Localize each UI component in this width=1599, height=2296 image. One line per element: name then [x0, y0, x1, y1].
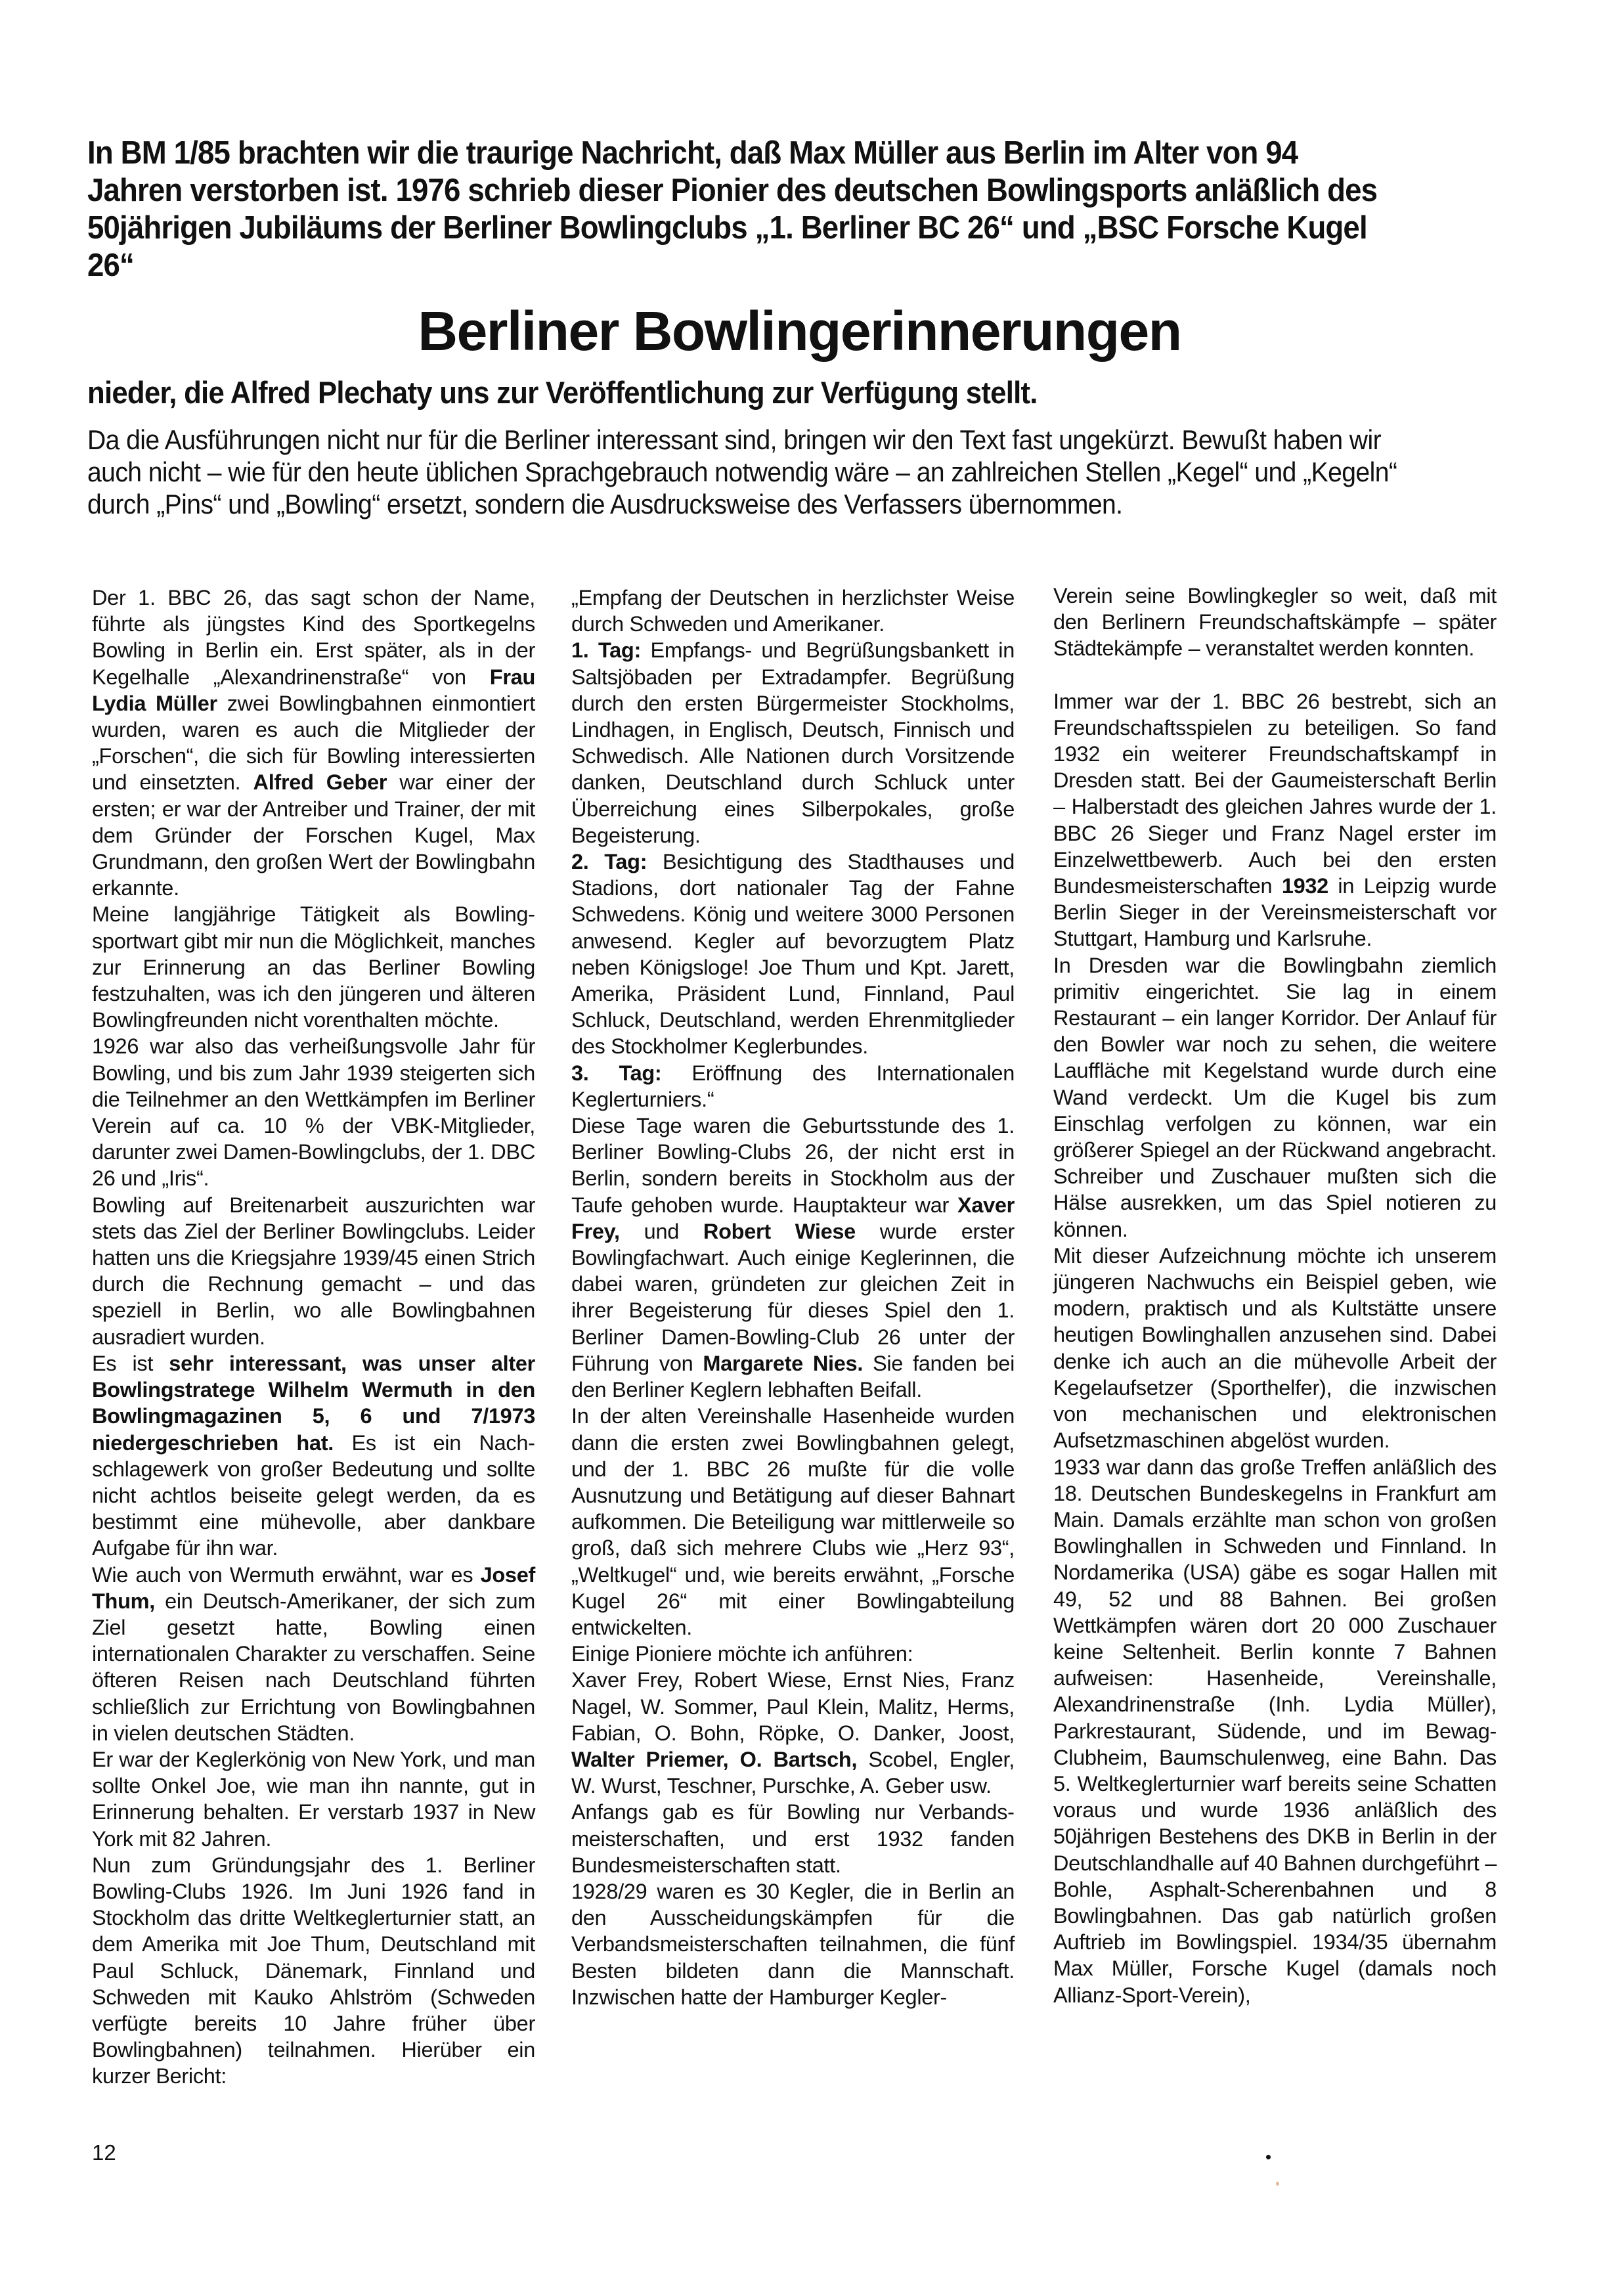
paragraph: Anfangs gab es für Bowling nur Verbands­… — [571, 1799, 1015, 1878]
paragraph: Einige Pioniere möchte ich anführen: — [571, 1641, 1015, 1667]
bold-emphasis: Alfred Geber — [253, 770, 387, 794]
paragraph: 1928/29 waren es 30 Kegler, die in Berli… — [571, 1878, 1015, 2010]
paragraph: Bowling auf Breitenarbeit auszurichten w… — [92, 1192, 535, 1350]
bold-emphasis: Frau Lydia Müller — [92, 665, 535, 715]
paragraph: Es ist sehr interessant, was unser alter… — [92, 1350, 535, 1562]
text-column-3: Verein seine Bowlingkegler so weit, daß … — [1053, 583, 1497, 2008]
bold-emphasis: 1932 — [1282, 874, 1328, 898]
paragraph-spacer — [1053, 662, 1497, 688]
bold-emphasis: Walter Priemer, O. Bartsch, — [571, 1748, 857, 1771]
paragraph: 1. Tag: Empfangs- und Begrüßungsban­kett… — [571, 637, 1015, 849]
editorial-lead: Da die Ausführungen nicht nur für die Be… — [87, 424, 1418, 520]
paragraph: Immer war der 1. BBC 26 bestrebt, sich a… — [1053, 688, 1497, 952]
paragraph: Xaver Frey, Robert Wiese, Ernst Nies, Fr… — [571, 1667, 1015, 1799]
paragraph: „Empfang der Deutschen in herzlichster W… — [571, 585, 1015, 637]
paragraph: Nun zum Gründungsjahr des 1. Berliner Bo… — [92, 1852, 535, 2090]
paragraph: In der alten Vereinshalle Hasenheide wur… — [571, 1403, 1015, 1641]
paragraph: Diese Tage waren die Geburtsstunde des 1… — [571, 1113, 1015, 1403]
paragraph: In Dresden war die Bowlingbahn ziemlich … — [1053, 952, 1497, 1243]
bold-emphasis: Mar­garete Nies. — [703, 1352, 863, 1375]
bold-emphasis: Robert Wiese — [703, 1220, 856, 1243]
bold-emphasis: Josef Thum, — [92, 1563, 535, 1613]
bold-emphasis: sehr interessant, was unser alter Bowlin… — [92, 1352, 535, 1455]
paragraph: Wie auch von Wermuth erwähnt, war es Jos… — [92, 1562, 535, 1746]
paragraph: Er war der Keglerkönig von New York, und… — [92, 1746, 535, 1852]
paragraph: 3. Tag: Eröffnung des Internationalen Ke… — [571, 1060, 1015, 1113]
paragraph: Der 1. BBC 26, das sagt schon der Name, … — [92, 585, 535, 901]
intro-paragraph: In BM 1/85 brachten wir die traurige Nac… — [87, 135, 1394, 284]
paragraph: 2. Tag: Besichtigung des Stadthauses und… — [571, 849, 1015, 1060]
bold-emphasis: 2. Tag: — [571, 850, 647, 873]
bold-emphasis: 3. Tag: — [571, 1061, 661, 1085]
paragraph: Meine langjährige Tätigkeit als Bowling­… — [92, 901, 535, 1033]
text-column-2: „Empfang der Deutschen in herzlichster W… — [571, 585, 1015, 2010]
bold-emphasis: 1. Tag: — [571, 638, 641, 662]
paragraph: 1933 war dann das große Treffen anläßlic… — [1053, 1454, 1497, 2008]
paragraph: Verein seine Bowlingkegler so weit, daß … — [1053, 583, 1497, 662]
page-number: 12 — [92, 2140, 116, 2166]
text-column-1: Der 1. BBC 26, das sagt schon der Name, … — [92, 585, 535, 2090]
paragraph: 1926 war also das verheißungsvolle Jahr … — [92, 1033, 535, 1191]
article-title: Berliner Bowlingerinnerungen — [0, 301, 1599, 361]
paragraph: Mit dieser Aufzeichnung möchte ich unse­… — [1053, 1243, 1497, 1454]
print-speck-icon — [1266, 2155, 1271, 2159]
magazine-page: In BM 1/85 brachten wir die traurige Nac… — [0, 0, 1599, 2296]
article-subtitle: nieder, die Alfred Plechaty uns zur Verö… — [87, 374, 1431, 410]
print-speck-icon — [1276, 2182, 1279, 2186]
